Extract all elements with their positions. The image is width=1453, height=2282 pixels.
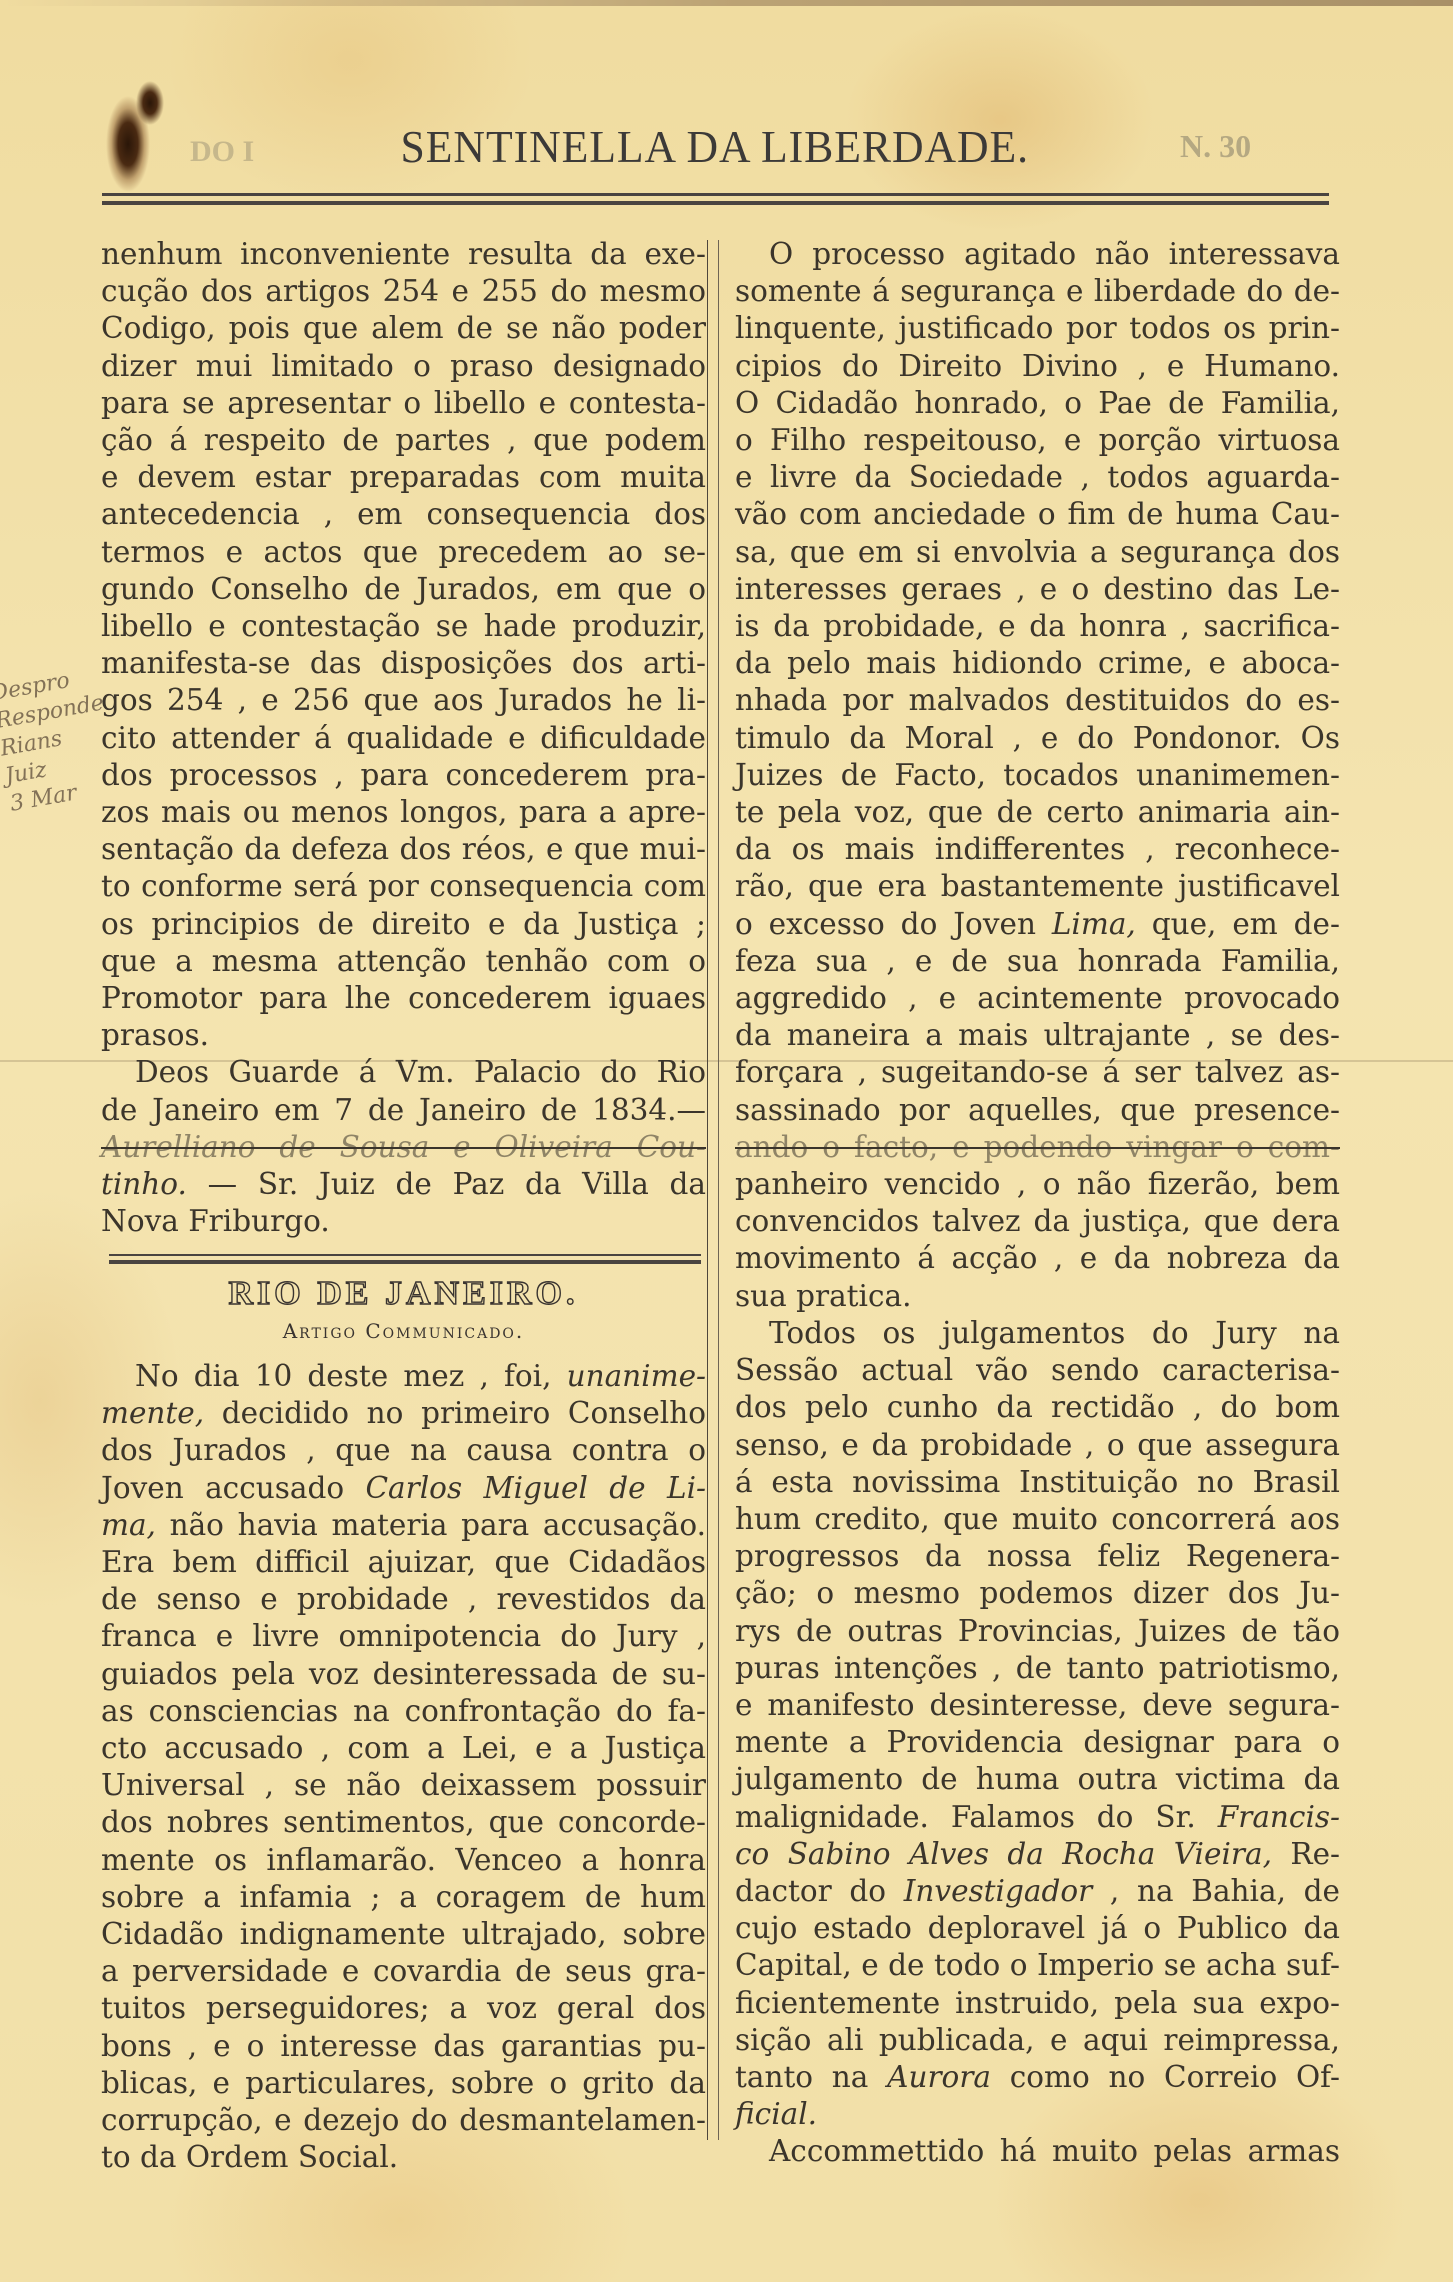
text-run: Sessão actual vão sendo caracterisa- [735, 1353, 1340, 1387]
text-run: bons , e o interesse das garantias pu- [101, 2029, 706, 2063]
text-run: cto accusado , com a Lei, e a Justiça [101, 1731, 706, 1765]
text-line: nhada por malvados destituidos do es- [735, 682, 1340, 719]
text-run: linquente, justificado por todos os prin… [735, 311, 1340, 345]
text-line: sobre a infamia ; a coragem de hum [101, 1879, 706, 1916]
text-run: O processo agitado não interessava [769, 237, 1340, 271]
text-run: , na Bahia, de [1092, 1874, 1340, 1908]
page-top-edge [0, 0, 1453, 6]
text-run: mente os inflamarão. Venceo a honra [101, 1843, 706, 1877]
text-run: de senso e probidade , revestidos da [101, 1582, 706, 1616]
text-line: prasos. [101, 1017, 706, 1054]
text-run: da pelo mais hidiondo crime, e aboca- [735, 646, 1340, 680]
text-run: hum credito, que muito concorrerá aos [735, 1502, 1340, 1536]
text-line: movimento á acção , e da nobreza da [735, 1240, 1340, 1277]
text-line: libello e contestação se hade produzir, [101, 608, 706, 645]
text-run: rys de outras Provincias, Juizes de tão [735, 1614, 1340, 1648]
text-line: cipios do Direito Divino , e Humano. [735, 348, 1340, 385]
text-run: forçara , sugeitando-se á ser talvez as- [735, 1055, 1340, 1089]
text-line: cução dos artigos 254 e 255 do mesmo [101, 273, 706, 310]
text-run: sobre a infamia ; a coragem de hum [101, 1880, 706, 1914]
text-run: timulo da Moral , e do Pondonor. Os [735, 721, 1340, 755]
text-line: senso, e da probidade , o que assegura [735, 1427, 1340, 1464]
section-heading: RIO DE JANEIRO. [101, 1274, 706, 1314]
text-run: da maneira a mais ultrajante , se des- [735, 1018, 1340, 1052]
text-run: is da probidade, e da honra , sacrifica- [735, 609, 1340, 643]
text-line: vão com anciedade o fim de huma Cau- [735, 496, 1340, 533]
text-run: Cidadão indignamente ultrajado, sobre [101, 1917, 706, 1951]
text-run: Joven accusado [101, 1471, 365, 1505]
italic-text-run: Investigador [904, 1874, 1092, 1908]
newspaper-masthead: SENTINELLA DA LIBERDADE. [100, 120, 1330, 173]
text-line: á esta novissima Instituição no Brasil [735, 1464, 1340, 1501]
italic-text-run: unanime- [567, 1359, 706, 1393]
text-run: feza sua , e de sua honrada Familia, [735, 944, 1340, 978]
text-line: sa, que em si envolvia a segurança dos [735, 534, 1340, 571]
text-line: ficial. [735, 2096, 1340, 2133]
text-line: guiados pela voz desinteressada de su- [101, 1656, 706, 1693]
italic-text-run: Francis- [1218, 1800, 1340, 1834]
text-run: to da Ordem Social. [101, 2140, 398, 2174]
text-run: vão com anciedade o fim de huma Cau- [735, 497, 1340, 531]
text-run: interesses geraes , e o destino das Le- [735, 572, 1340, 606]
text-line: aggredido , e acintemente provocado [735, 980, 1340, 1017]
text-run: progressos da nossa feliz Regenera- [735, 1539, 1340, 1573]
italic-text-run: Aurora [887, 2060, 991, 2094]
text-line: tuitos perseguidores; a voz geral dos [101, 1990, 706, 2027]
text-line: dos pelo cunho da rectidão , do bom [735, 1389, 1340, 1426]
text-line: manifesta-se das disposições dos arti- [101, 645, 706, 682]
text-run: sassinado por aquelles, que presence- [735, 1093, 1340, 1127]
paragraph-continued: nenhum inconveniente resulta da exe-cuçã… [101, 236, 706, 1054]
text-line: Accommettido há muito pelas armas [735, 2133, 1340, 2170]
text-line: is da probidade, e da honra , sacrifica- [735, 608, 1340, 645]
text-line: to conforme será por consequencia com [101, 868, 706, 905]
text-run: dactor do [735, 1874, 904, 1908]
text-run: O Cidadão honrado, o Pae de Familia, [735, 386, 1340, 420]
text-run: Era bem difficil ajuizar, que Cidadãos [101, 1545, 706, 1579]
text-run: No dia 10 deste mez , foi, [135, 1359, 567, 1393]
text-line: Sessão actual vão sendo caracterisa- [735, 1352, 1340, 1389]
text-line: Codigo, pois que alem de se não poder [101, 310, 706, 347]
text-line: Todos os julgamentos do Jury na [735, 1315, 1340, 1352]
text-line: Capital, e de todo o Imperio se acha suf… [735, 1947, 1340, 1984]
text-line: da os mais indifferentes , reconhece- [735, 831, 1340, 868]
text-line: sassinado por aquelles, que presence- [735, 1092, 1340, 1129]
text-run: decidido no primeiro Conselho [204, 1396, 706, 1430]
text-run: o excesso do Joven [735, 907, 1052, 941]
text-line: e devem estar preparadas com muita [101, 459, 706, 496]
text-run: dos nobres sentimentos, que concorde- [101, 1805, 706, 1839]
text-run: á esta novissima Instituição no Brasil [735, 1465, 1340, 1499]
article-body: No dia 10 deste mez , foi, unanime-mente… [101, 1358, 706, 2176]
text-run: te pela voz, que de certo animaria ain- [735, 795, 1340, 829]
text-run: puras intenções , de tanto patriotismo, [735, 1651, 1340, 1685]
text-run: as consciencias na confrontação do fa- [101, 1694, 706, 1728]
text-run: dos Jurados , que na causa contra o [101, 1433, 706, 1467]
text-run: sição ali publicada, e aqui reimpressa, [735, 2023, 1340, 2057]
text-run: senso, e da probidade , o que assegura [735, 1428, 1340, 1462]
text-line: No dia 10 deste mez , foi, unanime- [101, 1358, 706, 1395]
text-line: rys de outras Provincias, Juizes de tão [735, 1613, 1340, 1650]
text-run: corrupção, e dezejo do desmantelamen- [101, 2103, 706, 2137]
text-line: gos 254 , e 256 que aos Jurados he li- [101, 682, 706, 719]
text-run: da os mais indifferentes , reconhece- [735, 832, 1340, 866]
text-line: sua pratica. [735, 1278, 1340, 1315]
text-line: corrupção, e dezejo do desmantelamen- [101, 2102, 706, 2139]
text-line: co Sabino Alves da Rocha Vieira, Re- [735, 1836, 1340, 1873]
text-line: Juizes de Facto, tocados unanimemen- [735, 757, 1340, 794]
right-column: O processo agitado não interessavasoment… [735, 236, 1340, 2171]
text-line: ando o facto, e podendo vingar o com- [735, 1129, 1340, 1166]
text-run: movimento á acção , e da nobreza da [735, 1241, 1340, 1275]
text-run: convencidos talvez da justiça, que dera [735, 1204, 1340, 1238]
text-line: linquente, justificado por todos os prin… [735, 310, 1340, 347]
text-line: antecedencia , em consequencia dos [101, 496, 706, 533]
text-line: cujo estado deploravel já o Publico da [735, 1910, 1340, 1947]
section-subheading: Artigo Communicado. [101, 1318, 706, 1344]
text-run: tanto na [735, 2060, 887, 2094]
text-run: ção; o mesmo podemos dizer dos Ju- [735, 1576, 1340, 1610]
text-line: forçara , sugeitando-se á ser talvez as- [735, 1054, 1340, 1091]
text-line: convencidos talvez da justiça, que dera [735, 1203, 1340, 1240]
text-line: para se apresentar o libello e contesta- [101, 385, 706, 422]
text-run: rão, que era bastantemente justificavel [735, 869, 1340, 903]
text-line: bons , e o interesse das garantias pu- [101, 2028, 706, 2065]
text-line: sição ali publicada, e aqui reimpressa, [735, 2022, 1340, 2059]
text-line: mente a Providencia designar para o [735, 1724, 1340, 1761]
section-double-rule [109, 1254, 701, 1264]
text-line: interesses geraes , e o destino das Le- [735, 571, 1340, 608]
text-run: nhada por malvados destituidos do es- [735, 683, 1340, 717]
italic-text-run: ma, [101, 1508, 156, 1542]
text-line: cto accusado , com a Lei, e a Justiça [101, 1730, 706, 1767]
text-line: zos mais ou menos longos, para a apre- [101, 794, 706, 831]
text-line: feza sua , e de sua honrada Familia, [735, 943, 1340, 980]
text-line: e livre da Sociedade , todos aguarda- [735, 459, 1340, 496]
text-line: nenhum inconveniente resulta da exe- [101, 236, 706, 273]
addressee-line-2: Nova Friburgo. [101, 1203, 706, 1240]
text-run: cujo estado deploravel já o Publico da [735, 1911, 1340, 1945]
text-run: blicas, e particulares, sobre o grito da [101, 2066, 706, 2100]
text-line: da maneira a mais ultrajante , se des- [735, 1017, 1340, 1054]
text-line: malignidade. Falamos do Sr. Francis- [735, 1799, 1340, 1836]
text-run: como no Correio Of- [991, 2060, 1340, 2094]
text-line: franca e livre omnipotencia do Jury , [101, 1618, 706, 1655]
text-line: cito attender á qualidade e dificuldade [101, 720, 706, 757]
text-line: as consciencias na confrontação do fa- [101, 1693, 706, 1730]
text-line: ficientemente instruido, pela sua expo- [735, 1985, 1340, 2022]
text-run: não havia materia para accusação. [156, 1508, 706, 1542]
closing-line: de Janeiro em 7 de Janeiro de 1834.— [101, 1092, 706, 1129]
text-run: o Filho respeitouso, e porção virtuosa [735, 423, 1340, 457]
text-line: mente os inflamarão. Venceo a honra [101, 1842, 706, 1879]
text-run: guiados pela voz desinteressada de su- [101, 1657, 706, 1691]
closing-line: Deos Guarde á Vm. Palacio do Rio [101, 1054, 706, 1091]
text-line: to da Ordem Social. [101, 2139, 706, 2176]
text-run: ficientemente instruido, pela sua expo- [735, 1986, 1340, 2020]
text-line: ção á respeito de partes , que podem [101, 422, 706, 459]
text-line: dos processos , para concederem pra- [101, 757, 706, 794]
text-line: Joven accusado Carlos Miguel de Li- [101, 1470, 706, 1507]
text-line: hum credito, que muito concorrerá aos [735, 1501, 1340, 1538]
text-run: Universal , se não deixassem possuir [101, 1768, 706, 1802]
text-run: dos pelo cunho da rectidão , do bom [735, 1390, 1340, 1424]
text-line: Promotor para lhe concederem iguaes [101, 980, 706, 1017]
text-line: ção; o mesmo podemos dizer dos Ju- [735, 1575, 1340, 1612]
text-line: dizer mui limitado o praso designado [101, 348, 706, 385]
text-run: somente á segurança e liberdade do de- [735, 274, 1340, 308]
text-run: que, em de- [1136, 907, 1340, 941]
text-run: tuitos perseguidores; a voz geral dos [101, 1991, 706, 2025]
text-run: panheiro vencido , o não fizerão, bem [735, 1167, 1340, 1201]
text-run: Capital, e de todo o Imperio se acha suf… [735, 1948, 1340, 1982]
text-line: dos nobres sentimentos, que concorde- [101, 1804, 706, 1841]
text-run: Todos os julgamentos do Jury na [769, 1316, 1340, 1350]
text-line: que a mesma attenção tenhão com o [101, 943, 706, 980]
signature-name: Aurelliano de Sousa e Oliveira Cou- [101, 1130, 706, 1164]
text-line: da pelo mais hidiondo crime, e aboca- [735, 645, 1340, 682]
text-line: julgamento de huma outra victima da [735, 1761, 1340, 1798]
text-run: Juizes de Facto, tocados unanimemen- [735, 758, 1340, 792]
signature-line: Aurelliano de Sousa e Oliveira Cou- [101, 1129, 706, 1166]
text-line: ma, não havia materia para accusação. [101, 1507, 706, 1544]
italic-text-run: ficial. [735, 2097, 817, 2131]
text-line: te pela voz, que de certo animaria ain- [735, 794, 1340, 831]
handwritten-margin-note: Despro Responde Rians Juiz 3 Mar [0, 665, 101, 819]
text-line: termos e actos que precedem ao se- [101, 534, 706, 571]
text-line: o excesso do Joven Lima, que, em de- [735, 906, 1340, 943]
text-line: a perversidade e covardia de seus gra- [101, 1953, 706, 1990]
left-column: nenhum inconveniente resulta da exe-cuçã… [101, 236, 706, 2176]
text-run: franca e livre omnipotencia do Jury , [101, 1619, 706, 1653]
text-run: Re- [1272, 1837, 1340, 1871]
text-run: e manifesto desinteresse, deve segura- [735, 1688, 1340, 1722]
text-line: o Filho respeitouso, e porção virtuosa [735, 422, 1340, 459]
text-line: panheiro vencido , o não fizerão, bem [735, 1166, 1340, 1203]
signature-name-end: tinho. [101, 1167, 187, 1201]
text-run: sua pratica. [735, 1279, 911, 1313]
italic-text-run: Carlos Miguel de Li- [365, 1471, 706, 1505]
text-line: rão, que era bastantemente justificavel [735, 868, 1340, 905]
text-run: e livre da Sociedade , todos aguarda- [735, 460, 1340, 494]
text-run: julgamento de huma outra victima da [735, 1762, 1340, 1796]
text-run: aggredido , e acintemente provocado [735, 981, 1340, 1015]
newspaper-title: SENTINELLA DA LIBERDADE. [401, 120, 1029, 173]
addressee-line: tinho. — Sr. Juiz de Paz da Villa da [101, 1166, 706, 1203]
text-line: dactor do Investigador , na Bahia, de [735, 1873, 1340, 1910]
text-line: sentação da defeza dos réos, e que mui- [101, 831, 706, 868]
text-line: Universal , se não deixassem possuir [101, 1767, 706, 1804]
text-line: dos Jurados , que na causa contra o [101, 1432, 706, 1469]
text-line: blicas, e particulares, sobre o grito da [101, 2065, 706, 2102]
masthead-double-rule [102, 193, 1329, 205]
text-line: O Cidadão honrado, o Pae de Familia, [735, 385, 1340, 422]
text-line: tanto na Aurora como no Correio Of- [735, 2059, 1340, 2096]
text-line: puras intenções , de tanto patriotismo, [735, 1650, 1340, 1687]
text-run: cipios do Direito Divino , e Humano. [735, 349, 1340, 383]
text-run: ando o facto, e podendo vingar o com- [735, 1130, 1340, 1164]
text-line: somente á segurança e liberdade do de- [735, 273, 1340, 310]
text-run: malignidade. Falamos do Sr. [735, 1800, 1218, 1834]
text-run: Accommettido há muito pelas armas [769, 2134, 1340, 2168]
text-run: a perversidade e covardia de seus gra- [101, 1954, 706, 1988]
text-line: mente, decidido no primeiro Conselho [101, 1395, 706, 1432]
italic-text-run: mente, [101, 1396, 204, 1430]
text-line: os principios de direito e da Justiça ; [101, 906, 706, 943]
text-line: e manifesto desinteresse, deve segura- [735, 1687, 1340, 1724]
article-body-continued: O processo agitado não interessavasoment… [735, 236, 1340, 2171]
text-line: timulo da Moral , e do Pondonor. Os [735, 720, 1340, 757]
text-line: O processo agitado não interessava [735, 236, 1340, 273]
text-line: progressos da nossa feliz Regenera- [735, 1538, 1340, 1575]
italic-text-run: Lima, [1052, 907, 1136, 941]
column-divider [707, 240, 719, 2140]
addressee: — Sr. Juiz de Paz da Villa da [208, 1167, 706, 1201]
text-line: Era bem difficil ajuizar, que Cidadãos [101, 1544, 706, 1581]
text-line: de senso e probidade , revestidos da [101, 1581, 706, 1618]
italic-text-run: co Sabino Alves da Rocha Vieira, [735, 1837, 1272, 1871]
text-line: gundo Conselho de Jurados, em que o [101, 571, 706, 608]
text-line: Cidadão indignamente ultrajado, sobre [101, 1916, 706, 1953]
text-run: mente a Providencia designar para o [735, 1725, 1340, 1759]
text-run: sa, que em si envolvia a segurança dos [735, 535, 1340, 569]
